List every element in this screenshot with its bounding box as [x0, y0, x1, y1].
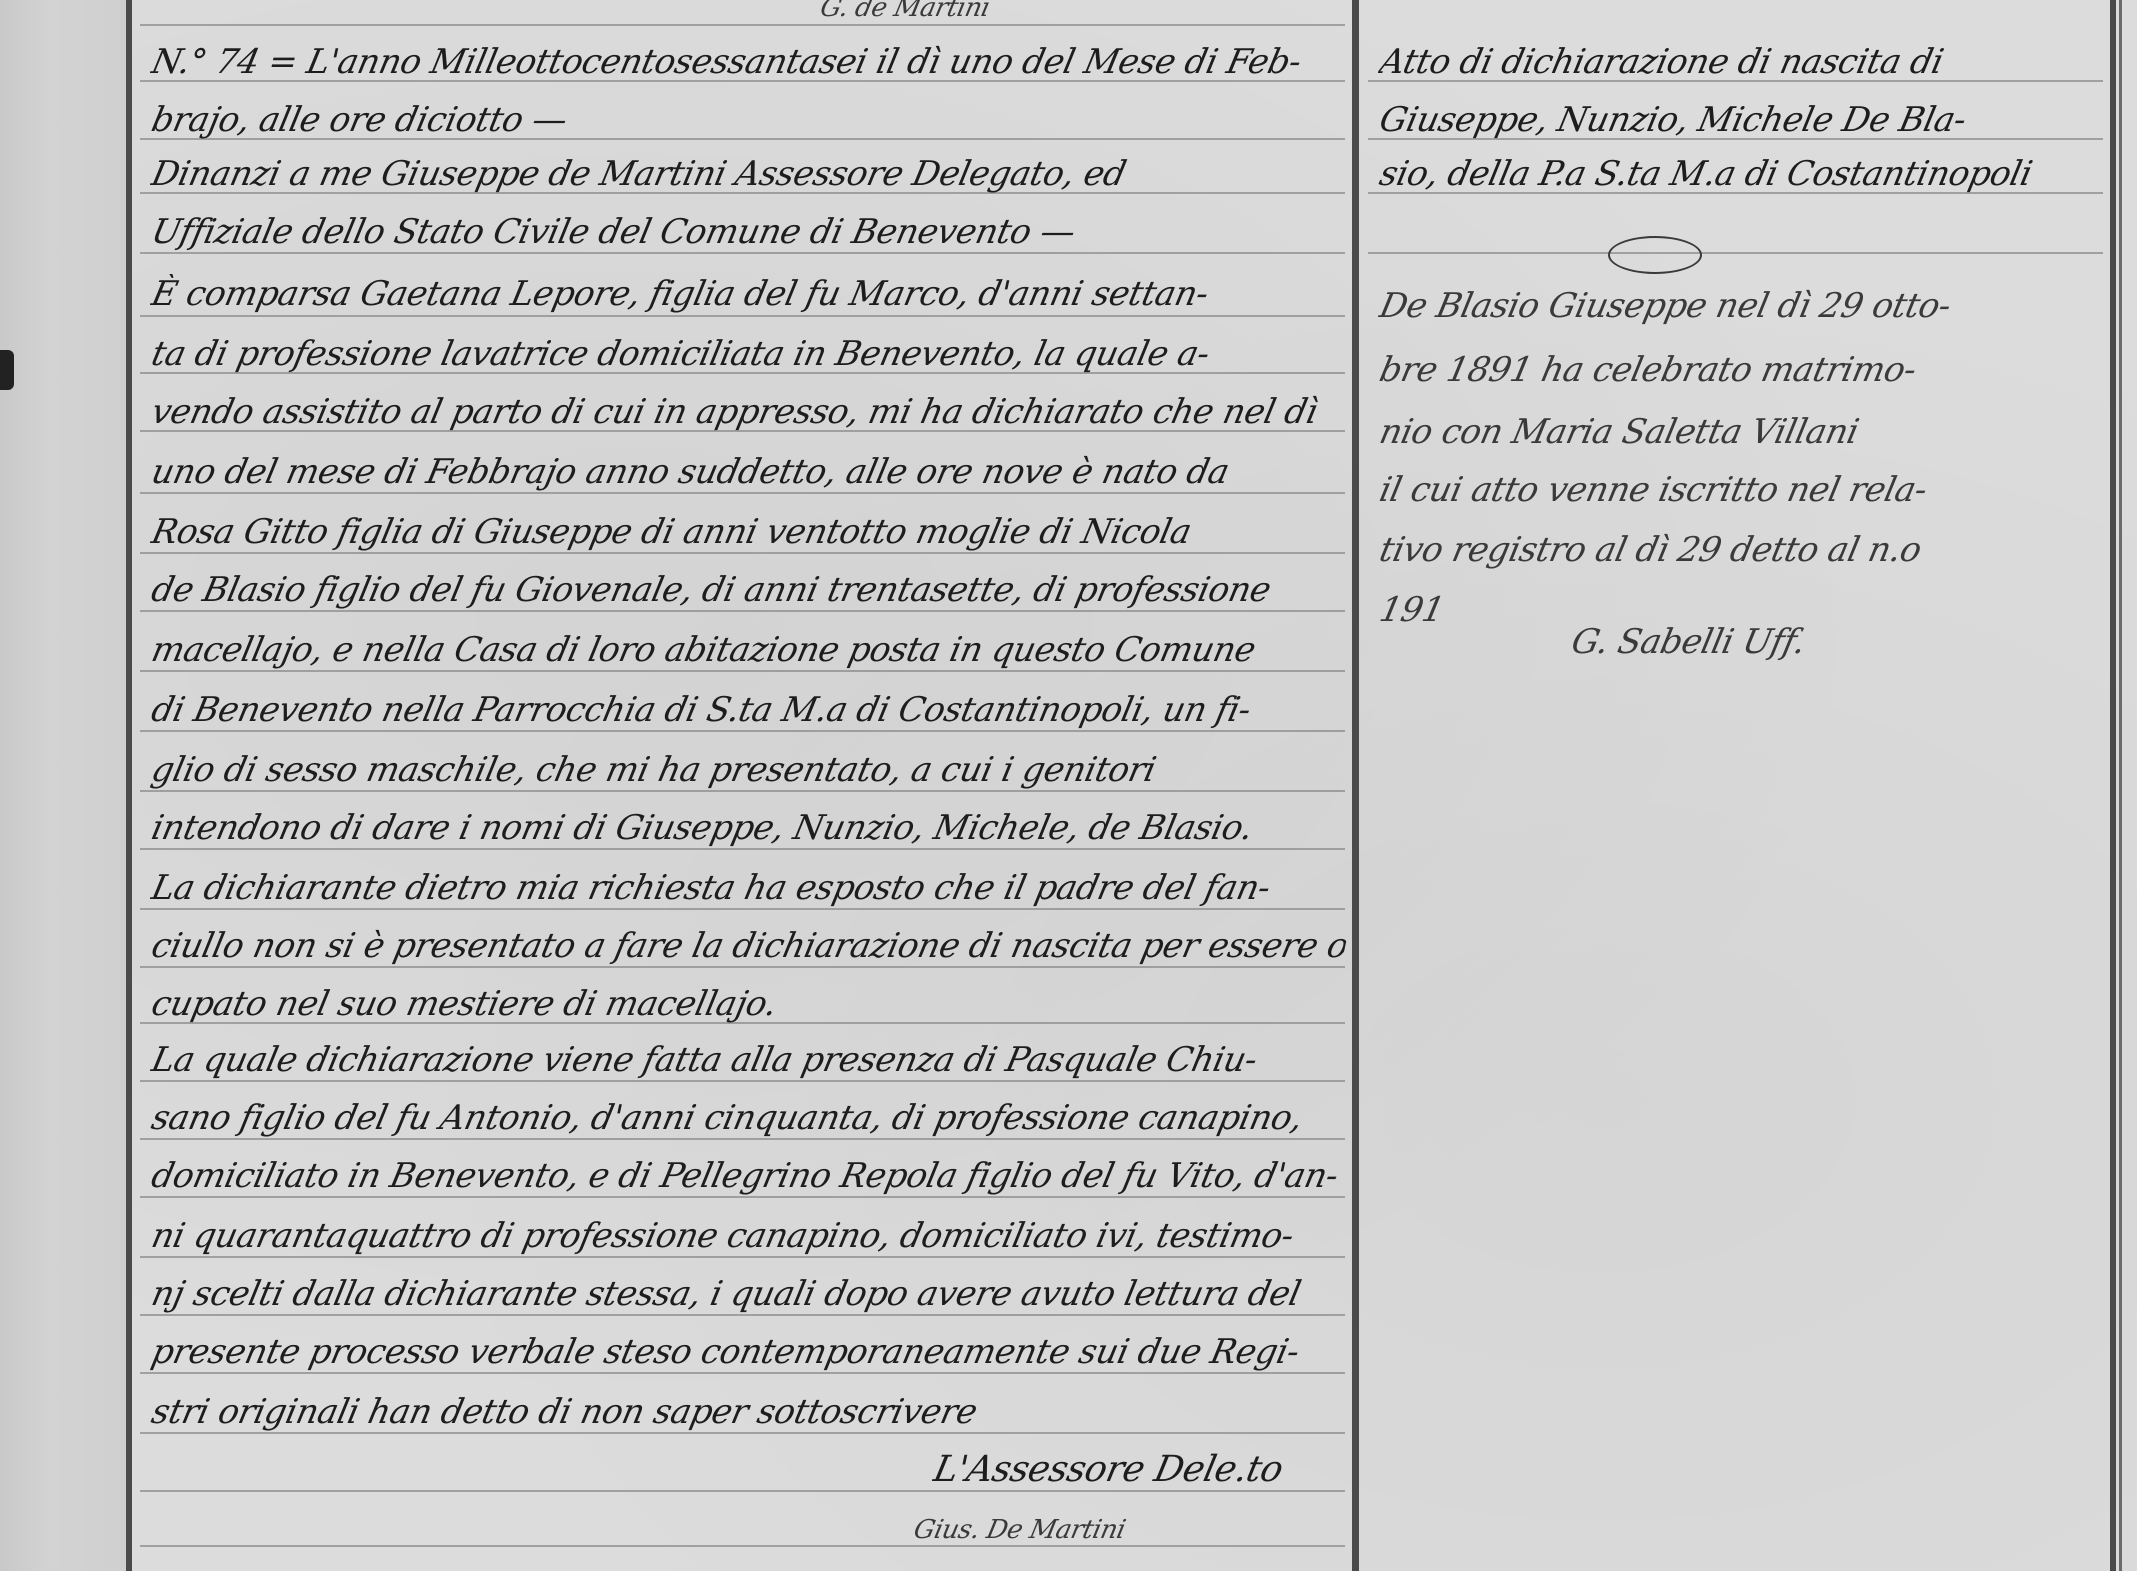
record-line-24: stri originali han detto di non saper so… — [148, 1392, 1350, 1432]
rule-line — [140, 670, 1345, 672]
record-line-7: vendo assistito al parto di cui in appre… — [148, 392, 1350, 432]
assessor-signature-title: L'Assessore Dele.to — [930, 1450, 1350, 1490]
left-margin — [0, 0, 128, 1571]
header-signature: G. de Martini — [148, 0, 994, 28]
right-border-rule-outer — [2119, 0, 2122, 1571]
rule-line — [140, 1432, 1345, 1434]
rule-line — [140, 315, 1345, 317]
record-line-18: La quale dichiarazione viene fatta alla … — [148, 1040, 1350, 1080]
flourish-ornament — [1608, 236, 1702, 274]
rule-line — [140, 1080, 1345, 1082]
record-line-20: domiciliato in Benevento, e di Pellegrin… — [148, 1156, 1350, 1196]
left-border-rule — [126, 0, 132, 1571]
record-line-2: brajo, alle ore diciotto — — [148, 100, 1350, 140]
record-line-19: sano figlio del fu Antonio, d'anni cinqu… — [148, 1098, 1350, 1138]
record-line-21: ni quarantaquattro di professione canapi… — [148, 1216, 1350, 1256]
record-line-23: presente processo verbale steso contempo… — [148, 1332, 1350, 1372]
binding-mark — [0, 350, 14, 390]
record-line-10: de Blasio figlio del fu Giovenale, di an… — [148, 570, 1350, 610]
rule-line — [1368, 252, 2103, 254]
main-record-column: G. de Martini N.° 74 = L'anno Milleottoc… — [140, 0, 1345, 1571]
rule-line — [140, 966, 1345, 968]
annotation-signature: G. Sabelli Uff. — [1568, 622, 2108, 662]
annotation-line-5: tivo registro al dì 29 detto al n.o — [1376, 530, 2108, 570]
record-line-9: Rosa Gitto figlia di Giuseppe di anni ve… — [148, 512, 1350, 552]
record-line-3: Dinanzi a me Giuseppe de Martini Assesso… — [148, 154, 1350, 194]
rule-line — [140, 1314, 1345, 1316]
record-line-6: ta di professione lavatrice domiciliata … — [148, 334, 1350, 374]
record-line-14: intendono di dare i nomi di Giuseppe, Nu… — [148, 808, 1350, 848]
column-divider-rule — [1352, 0, 1359, 1571]
rule-line — [140, 492, 1345, 494]
margin-annotation-column: Atto di dichiarazione di nascita di Gius… — [1368, 0, 2103, 1571]
annotation-line-4: il cui atto venne iscritto nel rela- — [1376, 470, 2108, 510]
rule-line — [140, 790, 1345, 792]
rule-line — [140, 552, 1345, 554]
rule-line — [140, 1372, 1345, 1374]
record-line-17: cupato nel suo mestiere di macellajo. — [148, 984, 1350, 1024]
rule-line — [140, 1490, 1345, 1492]
record-line-22: nj scelti dalla dichiarante stessa, i qu… — [148, 1274, 1350, 1314]
right-border-rule — [2110, 0, 2116, 1571]
record-line-12: di Benevento nella Parrocchia di S.ta M.… — [148, 690, 1350, 730]
record-line-16: ciullo non si è presentato a fare la dic… — [148, 926, 1350, 966]
record-line-13: glio di sesso maschile, che mi ha presen… — [148, 750, 1350, 790]
side-title-line-1: Atto di dichiarazione di nascita di — [1376, 42, 2108, 82]
record-line-1: N.° 74 = L'anno Milleottocentosessantase… — [148, 42, 1350, 82]
record-line-8: uno del mese di Febbrajo anno suddetto, … — [148, 452, 1350, 492]
rule-line — [140, 1196, 1345, 1198]
rule-line — [140, 1138, 1345, 1140]
rule-line — [140, 1256, 1345, 1258]
rule-line — [140, 908, 1345, 910]
side-title-line-2: Giuseppe, Nunzio, Michele De Bla- — [1376, 100, 2108, 140]
rule-line — [140, 730, 1345, 732]
record-line-4: Uffiziale dello Stato Civile del Comune … — [148, 212, 1350, 252]
record-line-11: macellajo, e nella Casa di loro abitazio… — [148, 630, 1350, 670]
record-line-15: La dichiarante dietro mia richiesta ha e… — [148, 868, 1350, 908]
annotation-line-2: bre 1891 ha celebrato matrimo- — [1376, 350, 2108, 390]
ledger-page: G. de Martini N.° 74 = L'anno Milleottoc… — [0, 0, 2137, 1571]
rule-line — [140, 610, 1345, 612]
annotation-line-3: nio con Maria Saletta Villani — [1376, 412, 2108, 452]
record-line-5: È comparsa Gaetana Lepore, figlia del fu… — [148, 274, 1350, 314]
rule-line — [140, 848, 1345, 850]
annotation-line-1: De Blasio Giuseppe nel dì 29 otto- — [1376, 286, 2108, 326]
assessor-signature-name: Gius. De Martini — [910, 1510, 1350, 1550]
side-title-line-3: sio, della P.a S.ta M.a di Costantinopol… — [1376, 154, 2108, 194]
rule-line — [140, 252, 1345, 254]
